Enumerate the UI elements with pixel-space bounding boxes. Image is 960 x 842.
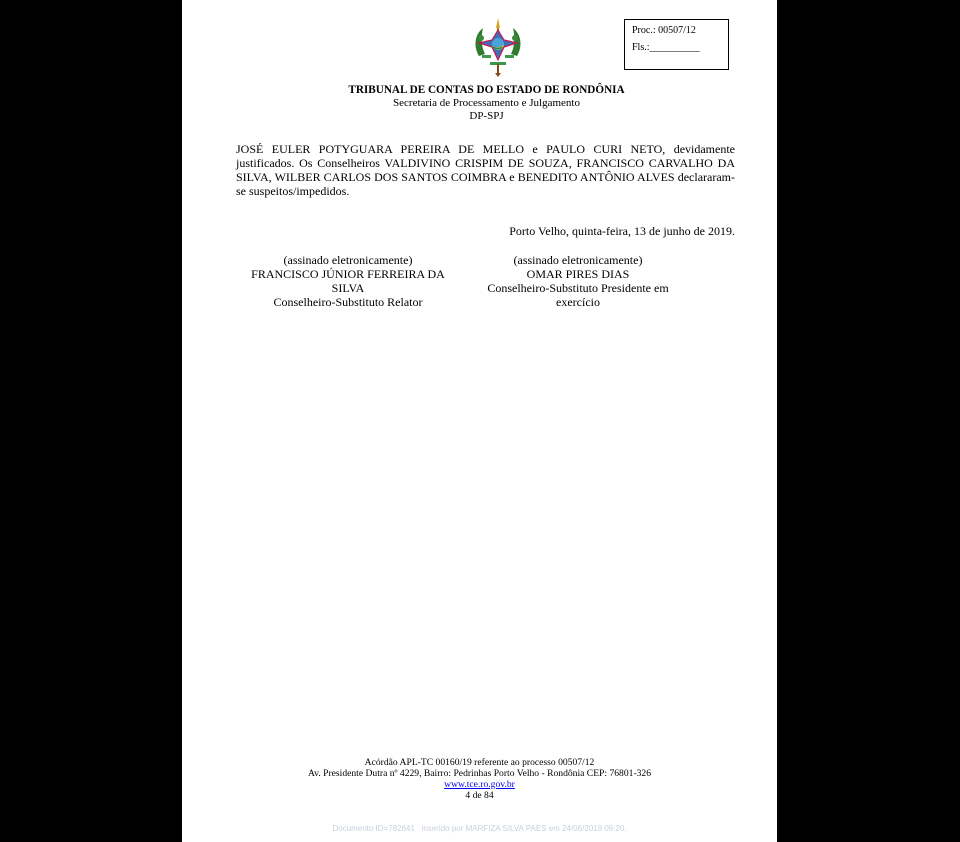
document-header: TRIBUNAL DE CONTAS DO ESTADO DE RONDÔNIA…: [182, 84, 791, 123]
process-number: Proc.: 00507/12: [632, 23, 696, 39]
date-location-line: Porto Velho, quinta-feira, 13 de junho d…: [236, 224, 735, 238]
website-link[interactable]: www.tce.ro.gov.br: [444, 779, 515, 790]
signature-note: (assinado eletronicamente): [468, 253, 688, 267]
institution-subtitle: Secretaria de Processamento e Julgamento: [182, 97, 791, 110]
signer-role: Conselheiro-Substituto Presidente em: [468, 281, 688, 295]
body-paragraph: JOSÉ EULER POTYGUARA PEREIRA DE MELLO e …: [236, 142, 735, 198]
signature-note: (assinado eletronicamente): [238, 253, 458, 267]
signer-name-cont: SILVA: [238, 281, 458, 295]
signer-role-cont: exercício: [468, 295, 688, 309]
document-footer: Acórdão APL-TC 00160/19 referente ao pro…: [182, 757, 777, 801]
institution-title: TRIBUNAL DE CONTAS DO ESTADO DE RONDÔNIA: [182, 84, 791, 97]
signer-name: FRANCISCO JÚNIOR FERREIRA DA: [238, 267, 458, 281]
page-number: 4 de 84: [182, 790, 777, 801]
footer-address: Av. Presidente Dutra nº 4229, Bairro: Pe…: [182, 768, 777, 779]
signature-block-president: (assinado eletronicamente) OMAR PIRES DI…: [468, 253, 688, 309]
folio-field: Fls.:__________: [632, 40, 700, 56]
signer-name: OMAR PIRES DIAS: [468, 267, 688, 281]
document-page: Proc.: 00507/12 Fls.:__________ TRIBUNAL…: [182, 0, 777, 842]
footer-reference: Acórdão APL-TC 00160/19 referente ao pro…: [182, 757, 777, 768]
document-watermark: Documento ID=782641 inserido por MARFIZA…: [182, 824, 777, 833]
coat-of-arms-logo-icon: [471, 16, 525, 78]
process-info-box: Proc.: 00507/12 Fls.:__________: [624, 19, 729, 70]
department-code: DP-SPJ: [182, 110, 791, 123]
signature-block-relator: (assinado eletronicamente) FRANCISCO JÚN…: [238, 253, 458, 309]
signer-role: Conselheiro-Substituto Relator: [238, 295, 458, 309]
